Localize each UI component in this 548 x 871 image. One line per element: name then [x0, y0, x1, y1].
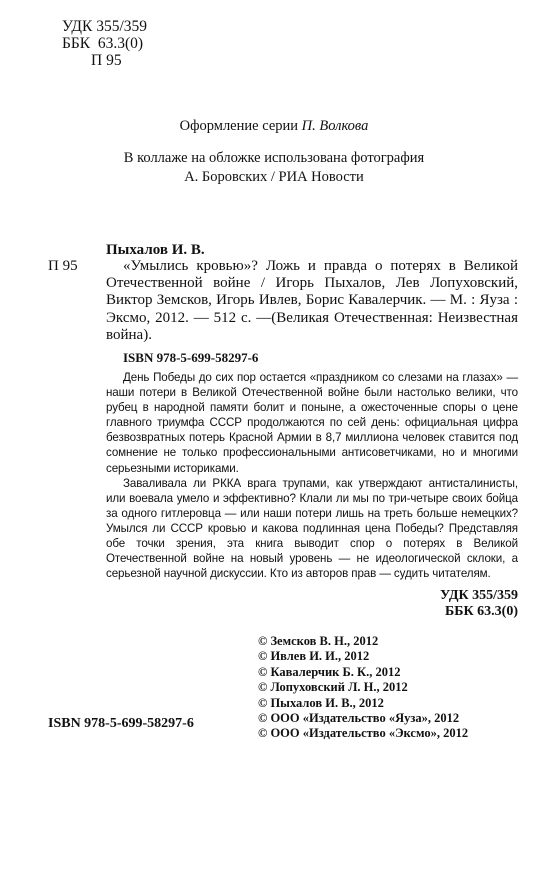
- bbk-code-bottom: ББК 63.3(0): [380, 604, 518, 620]
- classification-block-top: УДК 355/359 ББК 63.3(0) П 95: [62, 18, 147, 69]
- card-isbn: ISBN 978-5-699-58297-6: [123, 350, 258, 366]
- card-author: Пыхалов И. В.: [106, 242, 205, 259]
- bbk-code: ББК 63.3(0): [62, 35, 147, 52]
- photo-credit: А. Боровских / РИА Новости: [0, 168, 548, 187]
- copyright-line: © Лопуховский Л. Н., 2012: [258, 680, 468, 695]
- annotation: День Победы до сих пор остается «праздни…: [106, 370, 518, 581]
- credits-block: Оформление серии П. Волкова В коллаже на…: [0, 117, 548, 187]
- copyright-line: © Земсков В. Н., 2012: [258, 634, 468, 649]
- series-design-credit: Оформление серии П. Волкова: [0, 117, 548, 136]
- copyright-line: © Кавалерчик Б. К., 2012: [258, 665, 468, 680]
- isbn-bottom: ISBN 978-5-699-58297-6: [48, 716, 194, 732]
- udk-code: УДК 355/359: [62, 18, 147, 35]
- copyright-line: © Ивлев И. И., 2012: [258, 649, 468, 664]
- series-label: Оформление серии: [180, 118, 298, 134]
- copyright-list: © Земсков В. Н., 2012 © Ивлев И. И., 201…: [258, 634, 468, 742]
- collage-note: В коллаже на обложке использована фотогр…: [0, 149, 548, 168]
- udk-code-bottom: УДК 355/359: [380, 588, 518, 604]
- card-author-mark: П 95: [48, 258, 78, 275]
- author-mark: П 95: [62, 52, 147, 69]
- copyright-line: © ООО «Издательство «Яуза», 2012: [258, 711, 468, 726]
- annotation-paragraph: Заваливала ли РККА врага трупами, как ут…: [106, 476, 518, 582]
- classification-block-bottom: УДК 355/359 ББК 63.3(0): [380, 588, 518, 620]
- copyright-line: © ООО «Издательство «Эксмо», 2012: [258, 726, 468, 741]
- series-designer: П. Волкова: [302, 118, 369, 134]
- copyright-line: © Пыхалов И. В., 2012: [258, 696, 468, 711]
- card-description: «Умылись кровью»? Ложь и правда о потеря…: [106, 258, 518, 344]
- annotation-paragraph: День Победы до сих пор остается «праздни…: [106, 370, 518, 476]
